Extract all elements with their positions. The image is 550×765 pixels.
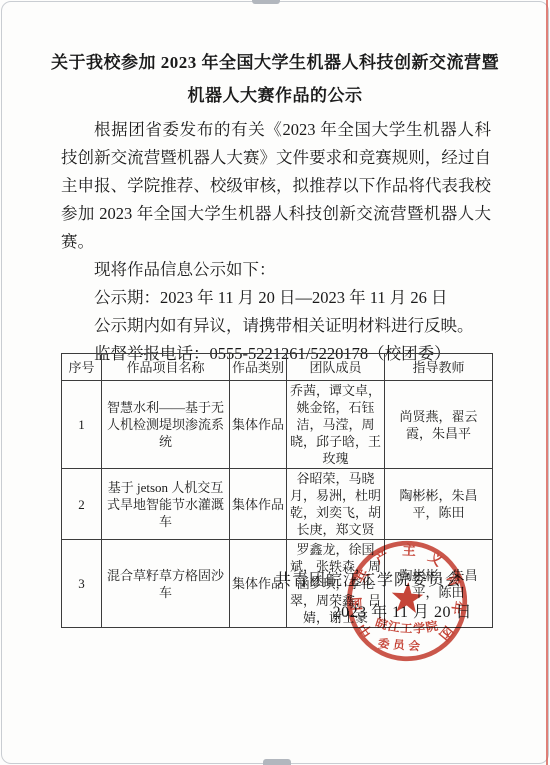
scanned-document-page: { "doc": { "title_line1": "关于我校参加 2023 年… xyxy=(0,0,550,765)
cell-category: 集体作品 xyxy=(230,381,287,469)
cell-no: 2 xyxy=(62,469,102,540)
table-header-row: 序号 作品项目名称 作品类别 团队成员 指导教师 xyxy=(62,354,493,381)
header-category: 作品类别 xyxy=(230,354,287,381)
document-title: 关于我校参加 2023 年全国大学生机器人科技创新交流营暨 机器人大赛作品的公示 xyxy=(35,46,515,112)
header-no: 序号 xyxy=(62,354,102,381)
cell-project: 混合草籽草方格固沙车 xyxy=(102,540,230,628)
cell-advisors: 陶彬彬，朱昌平，陈田 xyxy=(385,469,493,540)
official-red-seal: 中国共产主义青年团 皖江工学院 委员会 xyxy=(340,534,474,668)
table-row: 2 基于 jetson 人机交互式旱地智能节水灌溉车 集体作品 谷昭荣，马晓月，… xyxy=(62,469,493,540)
cell-no: 1 xyxy=(62,381,102,469)
header-team-members: 团队成员 xyxy=(287,354,385,381)
document-body: 根据团省委发布的有关《2023 年全国大学生机器人科技创新交流营暨机器人大赛》文… xyxy=(61,116,491,368)
seal-committee-text: 委员会 xyxy=(378,636,424,653)
cell-no: 3 xyxy=(62,540,102,628)
body-line-info: 现将作品信息公示如下： xyxy=(61,256,491,284)
document-title-line1: 关于我校参加 2023 年全国大学生机器人科技创新交流营暨 xyxy=(35,46,515,79)
cell-category: 集体作品 xyxy=(230,469,287,540)
header-advisors: 指导教师 xyxy=(385,354,493,381)
cell-members: 谷昭荣，马晓月，易洲，杜明乾，刘奕飞，胡长庚，郑文贤 xyxy=(287,469,385,540)
table-row: 1 智慧水利——基于无人机检测堤坝渗流系统 集体作品 乔茜，谭文卓，姚金铭，石钰… xyxy=(62,381,493,469)
cell-project: 基于 jetson 人机交互式旱地智能节水灌溉车 xyxy=(102,469,230,540)
cell-members: 乔茜，谭文卓，姚金铭，石钰洁，马滢，周晓，邱子晗，王玫瑰 xyxy=(287,381,385,469)
cell-project: 智慧水利——基于无人机检测堤坝渗流系统 xyxy=(102,381,230,469)
scan-artifact-red-line xyxy=(546,0,548,765)
header-project-name: 作品项目名称 xyxy=(102,354,230,381)
cell-advisors: 尚贤燕，翟云霞，朱昌平 xyxy=(385,381,493,469)
seal-org-name-text: 皖江工学院 xyxy=(373,613,441,638)
page-edge-tab-bottom xyxy=(263,759,291,765)
svg-text:皖江工学院: 皖江工学院 xyxy=(373,613,441,638)
body-line-publicity-period: 公示期：2023 年 11 月 20 日—2023 年 11 月 26 日 xyxy=(61,284,491,312)
body-paragraph: 根据团省委发布的有关《2023 年全国大学生机器人科技创新交流营暨机器人大赛》文… xyxy=(61,116,491,256)
document-title-line2: 机器人大赛作品的公示 xyxy=(35,79,515,112)
body-line-objection: 公示期内如有异议，请携带相关证明材料进行反映。 xyxy=(61,312,491,340)
star-icon xyxy=(390,581,424,613)
page-edge-tab-top xyxy=(252,0,280,4)
